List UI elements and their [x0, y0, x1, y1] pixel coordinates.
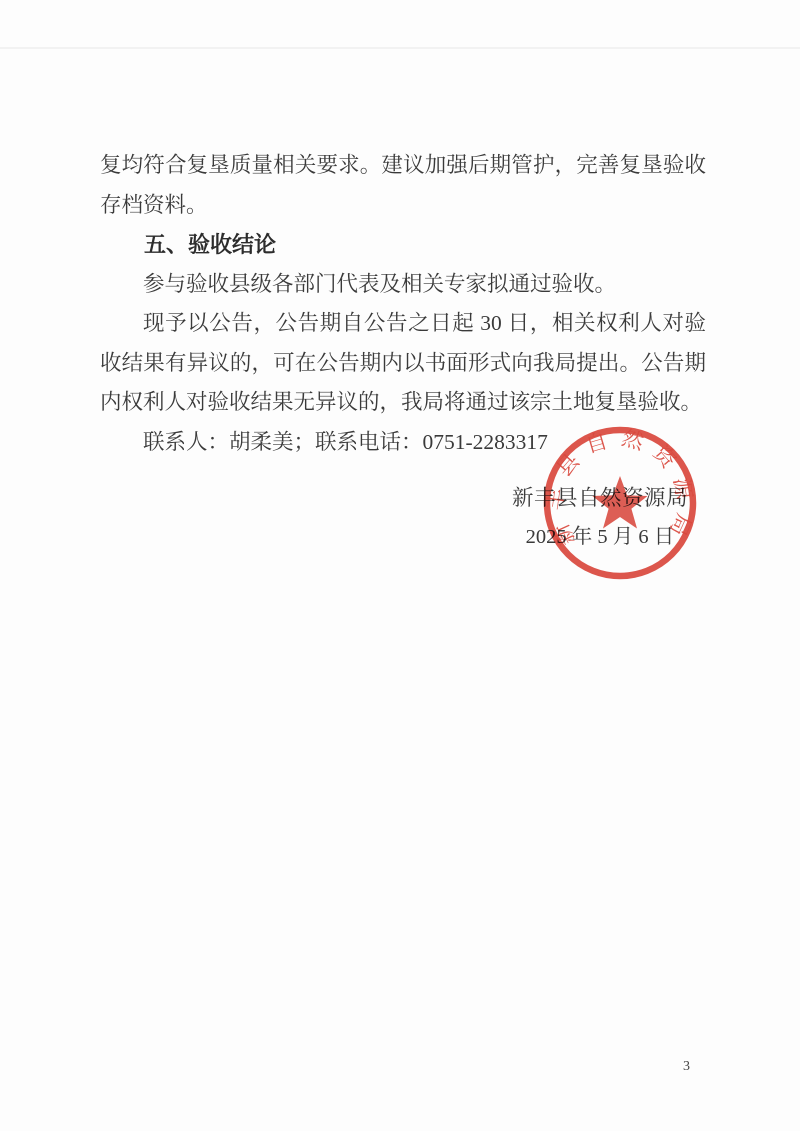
scan-artifact-line — [0, 47, 800, 49]
scanned-document-page: 复均符合复垦质量相关要求。建议加强后期管护，完善复垦验收存档资料。 五、验收结论… — [0, 0, 800, 1131]
paragraph-announcement: 现予以公告，公告期自公告之日起 30 日，相关权利人对验收结果有异议的，可在公告… — [100, 304, 706, 423]
paragraph-conclusion: 参与验收县级各部门代表及相关专家拟通过验收。 — [100, 265, 706, 305]
seal-star-icon — [592, 476, 647, 529]
document-body: 复均符合复垦质量相关要求。建议加强后期管护，完善复垦验收存档资料。 五、验收结论… — [100, 146, 706, 462]
section-heading-conclusion: 五、验收结论 — [100, 225, 706, 265]
page-number: 3 — [683, 1059, 690, 1075]
official-seal: 新丰县自然资源局 — [540, 423, 700, 583]
continuation-paragraph: 复均符合复垦质量相关要求。建议加强后期管护，完善复垦验收存档资料。 — [100, 146, 706, 225]
